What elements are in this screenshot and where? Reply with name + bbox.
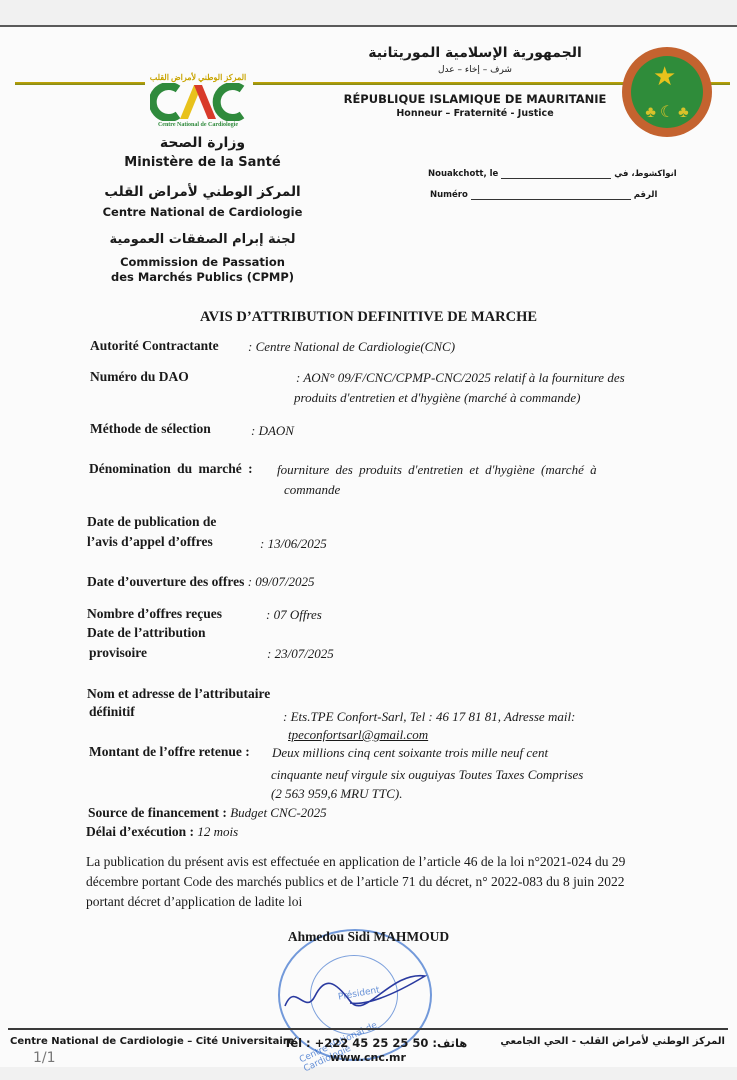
field-label-publication-line2: l’avis d’appel d’offres — [87, 532, 213, 551]
place-date-field: Nouakchott, le انواكشوط، في — [428, 168, 678, 179]
field-label-ouverture: Date d’ouverture des offres — [87, 574, 244, 589]
field-label-denomination: Dénomination du marché : — [89, 459, 253, 478]
commission-french-line1: Commission de Passation — [85, 255, 320, 269]
field-value-nombre: : 07 Offres — [266, 605, 322, 624]
star-icon: ★ — [653, 64, 676, 90]
commission-arabic: لجنة إبرام الصفقات العمومية — [85, 232, 320, 247]
logo-subtitle: Centre National de Cardiologie — [148, 122, 248, 128]
cnc-logo-icon — [150, 83, 246, 121]
document-page: المركز الوطني لأمراض القلب Centre Nation… — [0, 25, 737, 1067]
field-value-denomination-line1: fourniture des produits d'entretien et d… — [277, 460, 597, 479]
footer-phone: Tél : +222 45 25 25 50 :هاتف — [284, 1036, 467, 1050]
field-label-delai: Délai d’exécution : — [86, 824, 194, 839]
header-rule-middle — [253, 82, 627, 85]
field-label-attributaire-line1: Nom et adresse de l’attributaire — [87, 684, 270, 703]
document-title: AVIS D’ATTRIBUTION DEFINITIVE DE MARCHE — [0, 309, 737, 326]
field-label-nombre: Nombre d’offres reçues — [87, 604, 222, 623]
signature-icon — [280, 961, 430, 1021]
cnc-logo: المركز الوطني لأمراض القلب Centre Nation… — [148, 57, 248, 135]
header-rule-right — [710, 82, 730, 85]
field-value-publication: : 13/06/2025 — [260, 534, 327, 553]
place-label-fr: Nouakchott, le — [428, 169, 498, 179]
field-label-publication-line1: Date de publication de — [87, 512, 216, 531]
motto-arabic: شرف – إخاء – عدل — [340, 65, 610, 75]
commission-french-line2: des Marchés Publics (CPMP) — [85, 270, 320, 284]
field-label-attributaire-line2: définitif — [89, 702, 135, 721]
field-value-montant-line3: (2 563 959,6 MRU TTC). — [271, 784, 402, 803]
header-rule-left — [15, 82, 145, 85]
field-delai: Délai d’exécution : 12 mois — [86, 822, 238, 841]
field-source: Source de financement : Budget CNC-2025 — [88, 803, 327, 822]
field-ouverture: Date d’ouverture des offres : 09/07/2025 — [87, 572, 315, 591]
field-label-attribution-line2: provisoire — [89, 643, 147, 662]
field-label-dao: Numéro du DAO — [90, 367, 189, 386]
republic-arabic: الجمهورية الإسلامية الموريتانية — [340, 45, 610, 61]
footer-address-ar: المركز الوطني لأمراض القلب - الحي الجامع… — [500, 1036, 725, 1047]
palm-icon: ♣ ☾ ♣ — [631, 102, 703, 122]
center-arabic: المركز الوطني لأمراض القلب — [85, 184, 320, 200]
field-label-montant: Montant de l’offre retenue : — [89, 742, 250, 761]
number-label-fr: Numéro — [430, 190, 468, 200]
field-value-attribution: : 23/07/2025 — [267, 644, 334, 663]
motto-french: Honneur – Fraternité - Justice — [340, 108, 610, 119]
field-value-denomination-line2: commande — [284, 480, 340, 499]
date-blank-line — [501, 168, 611, 179]
field-value: : Centre National de Cardiologie(CNC) — [248, 337, 455, 356]
field-value-ouverture: : 09/07/2025 — [248, 574, 315, 589]
legal-paragraph: La publication du présent avis est effec… — [86, 852, 666, 912]
field-value-dao-line1: : AON° 09/F/CNC/CPMP-CNC/2025 relatif à … — [296, 368, 625, 387]
footer-address-fr: Centre National de Cardiologie – Cité Un… — [10, 1036, 294, 1047]
field-autorite: Autorité Contractante — [90, 336, 219, 355]
number-blank-line — [471, 189, 631, 200]
field-value-dao-line2: produits d'entretien et d'hygiène (march… — [294, 388, 580, 407]
logo-arabic-text: المركز الوطني لأمراض القلب — [148, 73, 248, 82]
signer-name: Ahmedou Sidi MAHMOUD — [0, 929, 737, 945]
footer-rule — [8, 1028, 728, 1030]
field-value-methode: : DAON — [251, 421, 294, 440]
number-label-ar: الرقم — [634, 190, 658, 200]
page-number: 1/1 — [33, 1050, 56, 1066]
footer-website-link[interactable]: www.cnc.mr — [330, 1051, 406, 1064]
field-label: Autorité Contractante — [90, 338, 219, 353]
field-value-delai: 12 mois — [197, 824, 238, 839]
attributaire-email-link[interactable]: tpeconfortsarl@gmail.com — [288, 725, 428, 744]
field-label-methode: Méthode de sélection — [90, 419, 211, 438]
mauritania-seal-emblem: ★ ♣ ☾ ♣ — [622, 47, 712, 137]
ministry-french: Ministère de la Santé — [85, 155, 320, 170]
field-value-source: Budget CNC-2025 — [230, 805, 326, 820]
field-label-source: Source de financement : — [88, 805, 227, 820]
center-french: Centre National de Cardiologie — [85, 205, 320, 219]
field-value-montant-line1: Deux millions cinq cent soixante trois m… — [272, 743, 548, 762]
field-label-attribution-line1: Date de l’attribution — [87, 623, 206, 642]
field-value-montant-line2: cinquante neuf virgule six ouguiyas Tout… — [271, 765, 583, 784]
republic-french: RÉPUBLIQUE ISLAMIQUE DE MAURITANIE — [340, 92, 610, 106]
number-field: Numéro الرقم — [430, 189, 680, 200]
place-label-ar: انواكشوط، في — [614, 169, 676, 179]
field-value-attributaire: : Ets.TPE Confort-Sarl, Tel : 46 17 81 8… — [283, 707, 575, 726]
ministry-arabic: وزارة الصحة — [85, 135, 320, 151]
